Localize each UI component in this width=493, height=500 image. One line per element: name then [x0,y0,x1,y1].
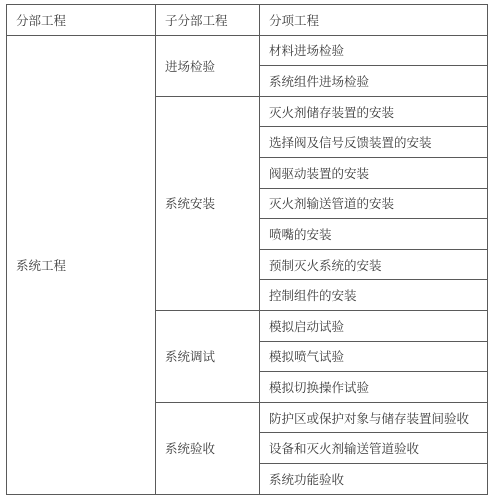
engineering-division-table: 分部工程 子分部工程 分项工程 系统工程 进场检验 材料进场检验 系统组件进场检… [6,4,488,495]
item-cell: 选择阀及信号反馈装置的安装 [260,127,488,158]
division-cell: 系统工程 [7,35,156,494]
item-cell: 灭火剂储存装置的安装 [260,96,488,127]
header-subdivision: 子分部工程 [156,5,260,36]
header-item: 分项工程 [260,5,488,36]
item-cell: 模拟启动试验 [260,310,488,341]
item-cell: 系统组件进场检验 [260,66,488,97]
item-cell: 灭火剂输送管道的安装 [260,188,488,219]
header-row: 分部工程 子分部工程 分项工程 [7,5,488,36]
item-cell: 模拟切换操作试验 [260,372,488,403]
item-cell: 预制灭火系统的安装 [260,249,488,280]
subdivision-cell-installation: 系统安装 [156,96,260,310]
item-cell: 防护区或保护对象与储存装置间验收 [260,402,488,433]
subdivision-cell-inspection: 进场检验 [156,35,260,96]
subdivision-cell-commissioning: 系统调试 [156,310,260,402]
table-row: 系统工程 进场检验 材料进场检验 [7,35,488,66]
subdivision-cell-acceptance: 系统验收 [156,402,260,494]
item-cell: 系统功能验收 [260,463,488,494]
item-cell: 阀驱动装置的安装 [260,157,488,188]
header-division: 分部工程 [7,5,156,36]
item-cell: 材料进场检验 [260,35,488,66]
item-cell: 设备和灭火剂输送管道验收 [260,433,488,464]
item-cell: 控制组件的安装 [260,280,488,311]
item-cell: 模拟喷气试验 [260,341,488,372]
item-cell: 喷嘴的安装 [260,219,488,250]
